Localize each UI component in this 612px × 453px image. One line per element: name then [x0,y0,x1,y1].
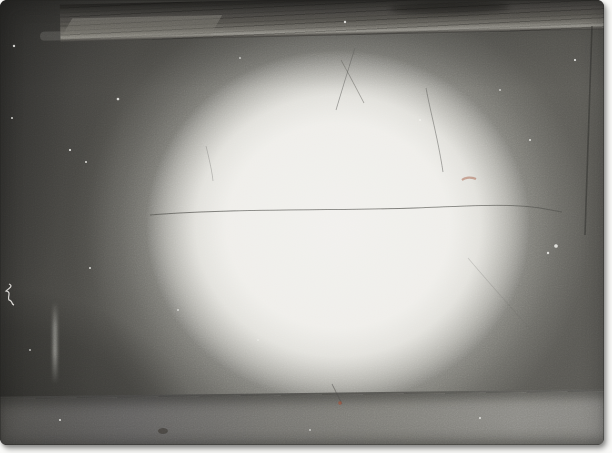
photograph [0,0,604,445]
page [0,0,612,453]
vignette [0,0,604,445]
